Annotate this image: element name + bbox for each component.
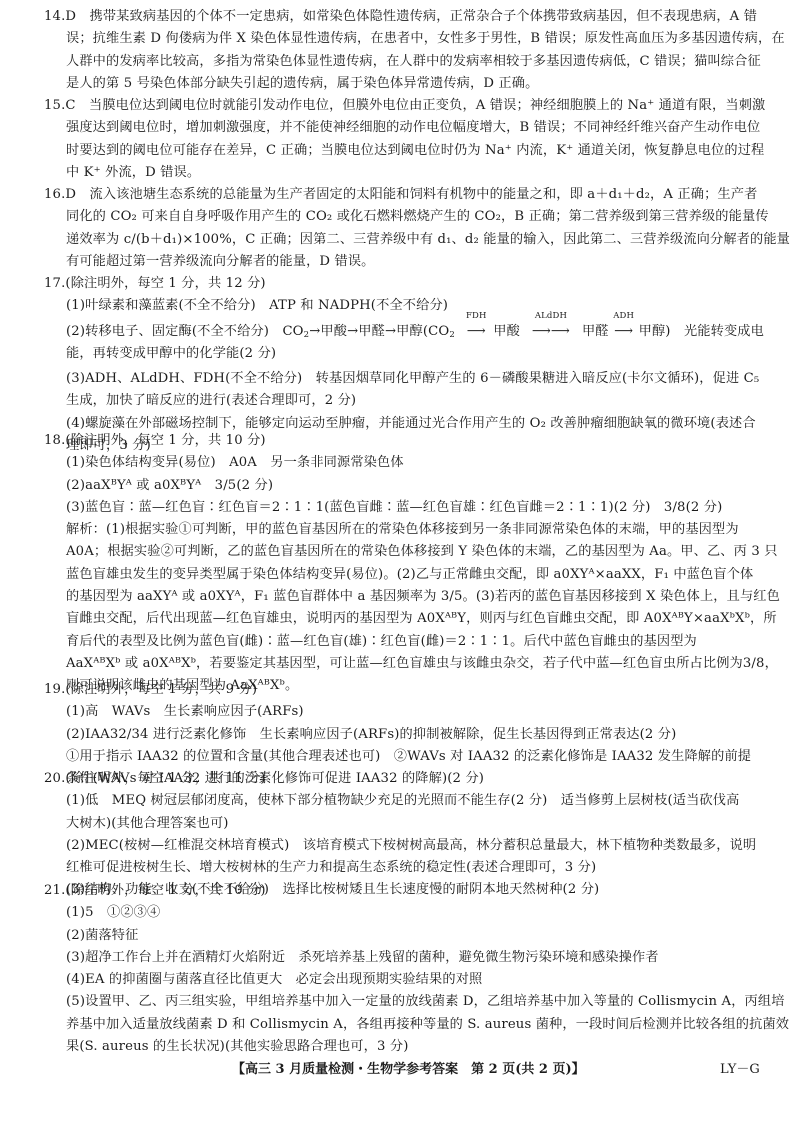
answer-15: 15.C 当膜电位达到阈电位时就能引发动作电位，但膜外电位由正变负，A 错误；神… [44, 95, 774, 184]
answer-line: ①用于指示 IAA32 的位置和含量(其他合理表述也可) ②WAVs 对 IAA… [44, 746, 774, 768]
reaction-suffix: 光能转变成电 [671, 324, 764, 339]
answer-header: 20.(除注明外，每空 1 分，共 11 分) [44, 768, 774, 790]
answer-line: 递效率为 c/(b＋d₁)×100%，C 正确；因第二、三营养级中有 d₁、d₂… [44, 229, 774, 251]
answer-line: 同化的 CO₂ 可来自自身呼吸作用产生的 CO₂ 或化石燃料燃烧产生的 CO₂，… [44, 206, 774, 228]
answer-line: 果(S. aureus 的生长状况)(其他实验思路合理也可，3 分) [44, 1036, 774, 1058]
answer-line: (1)叶绿素和藻蓝素(不全不给分) ATP 和 NADPH(不全不给分) [44, 295, 774, 317]
answer-header: 21.(除注明外，每空 1 分，共 10 分) [44, 880, 774, 902]
answer-line: 生成，加快了暗反应的进行(表述合理即可，2 分) [44, 390, 774, 412]
answer-header: 17.(除注明外，每空 1 分，共 12 分) [44, 273, 774, 295]
enzyme-label: ADH [609, 312, 639, 321]
reaction-line: (2)转移电子、固定酶(不全不给分) CO2→甲酸→甲醛→甲醇(CO2 FDH⟶… [44, 318, 774, 343]
reaction-chain: →甲酸→甲醛→甲醇(CO [309, 324, 449, 339]
answer-line: 大树木)(其他合理答案也可) [44, 813, 774, 835]
reaction-prefix: (2)转移电子、固定酶(不全不给分) CO [66, 324, 304, 339]
enzyme-label: FDH [459, 312, 493, 321]
adh-arrow: ADH⟶ [609, 321, 639, 343]
answer-header: 19.(除注明外，每空 1 分，共 9 分) [44, 679, 774, 701]
answer-line: (3)蓝色盲∶蓝—红色盲∶红色盲＝2∶1∶1(蓝色盲雌∶蓝—红色盲雄∶红色盲雌＝… [44, 497, 774, 519]
footer-code: LY－G [720, 1058, 760, 1077]
analysis-line: AaXᴬᴮXᵇ 或 a0XᴬᴮXᵇ，若要鉴定其基因型，可让蓝—红色盲雄虫与该雌虫… [44, 653, 774, 675]
footer-title: 【高三 3 月质量检测・生物学参考答案 第 2 页(共 2 页)】 [232, 1058, 585, 1077]
reaction-product: 甲酸 [493, 324, 520, 339]
answer-line: 有可能超过第一营养级流向分解者的能量，D 错误。 [44, 251, 774, 273]
reaction-product: 甲醛 [582, 324, 609, 339]
answer-header: 18.(除注明外，每空 1 分，共 10 分) [44, 430, 774, 452]
answer-21: 21.(除注明外，每空 1 分，共 10 分) (1)5 ①②③④ (2)菌落特… [44, 880, 774, 1058]
analysis-line: 蓝色盲雄虫发生的变异类型属于染色体结构变异(易位)。(2)乙与正常雌虫交配，即 … [44, 564, 774, 586]
answer-line: (1)低 MEQ 树冠层郁闭度高，使林下部分植物缺少充足的光照而不能生存(2 分… [44, 790, 774, 812]
answer-line: (1)染色体结构变异(易位) A0A 另一条非同源常染色体 [44, 452, 774, 474]
answer-line: 强度达到阈电位时，增加刺激强度，并不能使神经细胞的动作电位幅度增大，B 错误；不… [44, 117, 774, 139]
answer-line: (1)高 WAVs 生长素响应因子(ARFs) [44, 701, 774, 723]
answer-line: (3)超净工作台上并在酒精灯火焰附近 杀死培养基上残留的菌种，避免微生物污染环境… [44, 947, 774, 969]
answer-line: 时要达到的阈电位可能存在差异，C 正确；当膜电位达到阈电位时仍为 Na⁺ 内流，… [44, 140, 774, 162]
answer-14: 14.D 携带某致病基因的个体不一定患病，如常染色体隐性遗传病，正常杂合子个体携… [44, 6, 774, 95]
answer-line: 红椎可促进桉树生长、增大桉树林的生产力和提高生态系统的稳定性(表述合理即可，3 … [44, 857, 774, 879]
analysis-line: 的基因型为 aaXYᴬ 或 a0XYᴬ，F₁ 蓝色盲群体中 a 基因频率为 3/… [44, 586, 774, 608]
answer-line: (4)EA 的抑菌圈与菌落直径比值更大 必定会出现预期实验结果的对照 [44, 969, 774, 991]
answer-key-page: 14.D 携带某致病基因的个体不一定患病，如常染色体隐性遗传病，正常杂合子个体携… [0, 0, 800, 1132]
answer-line: 14.D 携带某致病基因的个体不一定患病，如常染色体隐性遗传病，正常杂合子个体携… [44, 6, 774, 28]
answer-line: 误；抗维生素 D 佝偻病为伴 X 染色体显性遗传病，在患者中，女性多于男性，B … [44, 28, 774, 50]
answer-line: (5)设置甲、乙、丙三组实验，甲组培养基中加入一定量的放线菌素 D，乙组培养基中… [44, 991, 774, 1013]
answer-line: (1)5 ①②③④ [44, 902, 774, 924]
analysis-line: 盲雌虫交配，后代出现蓝—红色盲雄虫，说明丙的基因型为 A0XᴬᴮY，则丙与红色盲… [44, 608, 774, 630]
answer-line: (2)aaXᴮYᴬ 或 a0XᴮYᴬ 3/5(2 分) [44, 475, 774, 497]
answer-line: (2)菌落特征 [44, 925, 774, 947]
answer-line: 是人的第 5 号染色体部分缺失引起的遗传病，属于染色体异常遗传病，D 正确。 [44, 73, 774, 95]
analysis-line: 育后代的表型及比例为蓝色盲(雌)∶蓝—红色盲(雄)∶红色盲(雌)＝2∶1∶1。后… [44, 631, 774, 653]
answer-line: 人群中的发病率比较高，多指为常染色体显性遗传病，在人群中的发病率相较于多基因遗传… [44, 51, 774, 73]
answer-line: 能，再转变成甲醇中的化学能(2 分) [44, 343, 774, 365]
answer-line: 15.C 当膜电位达到阈电位时就能引发动作电位，但膜外电位由正变负，A 错误；神… [44, 95, 774, 117]
answer-line: 养基中加入适量放线菌素 D 和 Collismycin A，各组再接种等量的 S… [44, 1014, 774, 1036]
aldh-arrow: ALdDH⟶⟶ [520, 321, 582, 343]
answer-16: 16.D 流入该池塘生态系统的总能量为生产者固定的太阳能和饲料有机物中的能量之和… [44, 184, 774, 273]
enzyme-label: ALdDH [520, 312, 582, 321]
answer-line: 中 K⁺ 外流，D 错误。 [44, 162, 774, 184]
answer-18: 18.(除注明外，每空 1 分，共 10 分) (1)染色体结构变异(易位) A… [44, 430, 774, 698]
answer-line: (2)MEC(桉树—红椎混交林培育模式) 该培育模式下桉树树高最高，林分蓄积总量… [44, 835, 774, 857]
analysis-line: A0A；根据实验②可判断，乙的蓝色盲基因所在的常染色体移接到 Y 染色体的末端，… [44, 541, 774, 563]
fdh-arrow: FDH⟶ [459, 321, 493, 343]
answer-line: 16.D 流入该池塘生态系统的总能量为生产者固定的太阳能和饲料有机物中的能量之和… [44, 184, 774, 206]
answer-line: (3)ADH、ALdDH、FDH(不全不给分) 转基因烟草同化甲醇产生的 6－磷… [44, 365, 774, 390]
answer-line: (2)IAA32/34 进行泛素化修饰 生长素响应因子(ARFs)的抑制被解除，… [44, 724, 774, 746]
reaction-product: 甲醇) [639, 324, 671, 339]
analysis-line: 解析：(1)根据实验①可判断，甲的蓝色盲基因所在的常染色体移接到另一条非同源常染… [44, 519, 774, 541]
